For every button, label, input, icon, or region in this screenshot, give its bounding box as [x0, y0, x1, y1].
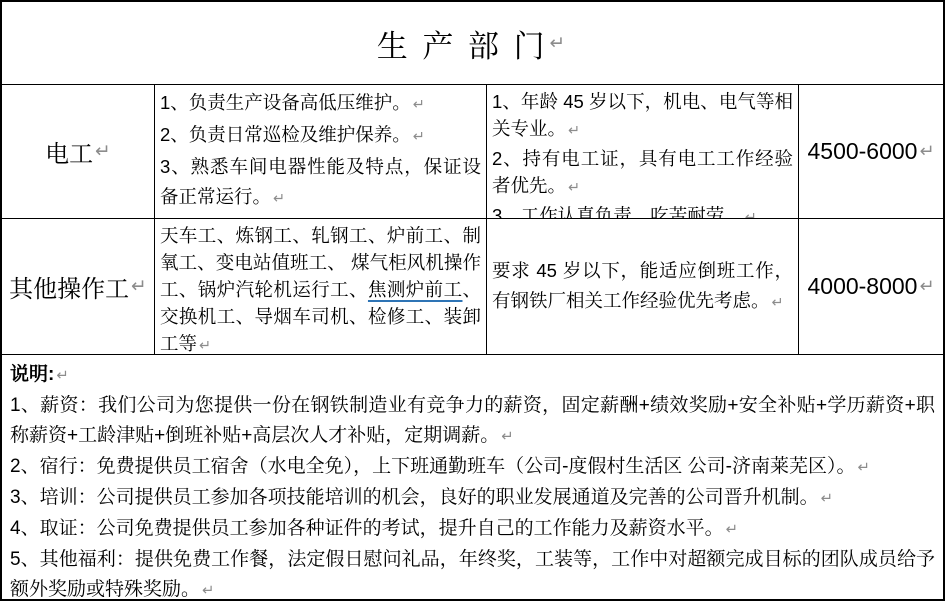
note-text: 4、取证：公司免费提供员工参加各种证件的考试，提升自己的工作能力及薪资水平。: [10, 518, 724, 539]
jobs-text-underlined: 焦测炉前工: [368, 279, 463, 300]
paragraph-mark-icon: ↵: [501, 428, 513, 445]
other-operators-jobs-cell: 天车工、炼钢工、轧钢工、炉前工、制氧工、变电站值班工、 煤气柜风机操作工、锅炉汽…: [155, 219, 487, 355]
paragraph-mark-icon: ↵: [202, 582, 214, 599]
production-department-table: 生 产 部 门↵ 电工↵ 1、负责生产设备高低压维护。↵ 2、负责日常巡检及维护…: [2, 2, 943, 355]
notes-heading-text: 说明:: [10, 364, 54, 385]
salary-range: 4000-8000: [807, 273, 917, 300]
paragraph-mark-icon: ↵: [568, 123, 580, 139]
paragraph-mark-icon: ↵: [919, 141, 934, 162]
duty-text: 2、负责日常巡检及维护保养。: [160, 124, 411, 145]
note-item-training: 3、培训：公司提供员工参加各项技能培训的机会，良好的职业发展通道及完善的公司晋升…: [10, 483, 935, 514]
position-cell-other-operators: 其他操作工↵: [2, 219, 155, 355]
duty-text: 1、负责生产设备高低压维护。: [160, 92, 411, 113]
note-text: 1、薪资：我们公司为您提供一份在钢铁制造业有竞争力的薪资，固定薪酬+绩效奖励+安…: [10, 395, 935, 446]
position-cell-electrician: 电工↵: [2, 85, 155, 219]
duty-item: 2、负责日常巡检及维护保养。↵: [160, 120, 481, 152]
paragraph-mark-icon: ↵: [413, 97, 425, 113]
requirement-text: 3、工作认真负责，吃苦耐劳。: [492, 205, 743, 219]
position-label: 电工: [45, 134, 93, 169]
paragraph-mark-icon: ↵: [568, 180, 580, 196]
notes-heading: 说明:↵: [10, 360, 935, 391]
requirement-item: 1、年龄 45 岁以下，机电、电气等相关专业。↵: [492, 88, 793, 145]
paragraph-mark-icon: ↵: [919, 276, 934, 297]
note-item-lodging: 2、宿行：免费提供员工宿舍（水电全免），上下班通勤班车（公司-度假村生活区 公司…: [10, 452, 935, 483]
requirement-text: 要求 45 岁以下，能适应倒班工作，有钢铁厂相关工作经验优先考虑。: [492, 260, 793, 311]
requirement-item: 要求 45 岁以下，能适应倒班工作，有钢铁厂相关工作经验优先考虑。↵: [492, 256, 793, 318]
electrician-salary-cell: 4500-6000↵: [799, 85, 943, 219]
note-item-salary: 1、薪资：我们公司为您提供一份在钢铁制造业有竞争力的薪资，固定薪酬+绩效奖励+安…: [10, 391, 935, 452]
note-text: 2、宿行：免费提供员工宿舍（水电全免），上下班通勤班车（公司-度假村生活区 公司…: [10, 456, 856, 477]
paragraph-mark-icon: ↵: [821, 490, 833, 507]
paragraph-mark-icon: ↵: [772, 295, 784, 311]
notes-section: 说明:↵ 1、薪资：我们公司为您提供一份在钢铁制造业有竞争力的薪资，固定薪酬+绩…: [2, 355, 943, 599]
requirement-item: 3、工作认真负责，吃苦耐劳。↵: [492, 202, 793, 219]
duty-item: 3、熟悉车间电器性能及特点，保证设备正常运行。↵: [160, 152, 481, 214]
paragraph-mark-icon: ↵: [726, 521, 738, 538]
salary-range: 4500-6000: [807, 138, 917, 165]
duty-item: 1、负责生产设备高低压维护。↵: [160, 88, 481, 120]
table-title-cell: 生 产 部 门↵: [2, 2, 943, 85]
jobs-list: 天车工、炼钢工、轧钢工、炉前工、制氧工、变电站值班工、 煤气柜风机操作工、锅炉汽…: [160, 222, 481, 355]
note-text: 5、其他福利：提供免费工作餐，法定假日慰问礼品，年终奖，工装等，工作中对超额完成…: [10, 549, 935, 599]
electrician-requirements-cell: 1、年龄 45 岁以下，机电、电气等相关专业。↵ 2、持有电工证，具有电工工作经…: [487, 85, 799, 219]
note-text: 3、培训：公司提供员工参加各项技能培训的机会，良好的职业发展通道及完善的公司晋升…: [10, 487, 819, 508]
requirement-item: 2、持有电工证，具有电工工作经验者优先。↵: [492, 145, 793, 202]
requirement-text: 2、持有电工证，具有电工工作经验者优先。: [492, 148, 793, 196]
other-operators-salary-cell: 4000-8000↵: [799, 219, 943, 355]
electrician-duties-cell: 1、负责生产设备高低压维护。↵ 2、负责日常巡检及维护保养。↵ 3、熟悉车间电器…: [155, 85, 487, 219]
position-label: 其他操作工: [9, 269, 129, 304]
paragraph-mark-icon: ↵: [273, 191, 285, 207]
paragraph-mark-icon: ↵: [413, 129, 425, 145]
paragraph-mark-icon: ↵: [858, 459, 870, 476]
paragraph-mark-icon: ↵: [131, 276, 147, 297]
paragraph-mark-icon: ↵: [95, 141, 111, 162]
document-page: 生 产 部 门↵ 电工↵ 1、负责生产设备高低压维护。↵ 2、负责日常巡检及维护…: [0, 0, 945, 601]
other-operators-requirement-cell: 要求 45 岁以下，能适应倒班工作，有钢铁厂相关工作经验优先考虑。↵: [487, 219, 799, 355]
requirement-text: 1、年龄 45 岁以下，机电、电气等相关专业。: [492, 91, 793, 139]
paragraph-mark-icon: ↵: [199, 338, 211, 354]
duty-text: 3、熟悉车间电器性能及特点，保证设备正常运行。: [160, 156, 481, 207]
note-item-other-benefits: 5、其他福利：提供免费工作餐，法定假日慰问礼品，年终奖，工装等，工作中对超额完成…: [10, 545, 935, 599]
page-title: 生 产 部 门: [377, 21, 548, 66]
note-item-certification: 4、取证：公司免费提供员工参加各种证件的考试，提升自己的工作能力及薪资水平。↵: [10, 514, 935, 545]
paragraph-mark-icon: ↵: [56, 367, 68, 384]
paragraph-mark-icon: ↵: [550, 33, 569, 54]
paragraph-mark-icon: ↵: [745, 210, 757, 219]
